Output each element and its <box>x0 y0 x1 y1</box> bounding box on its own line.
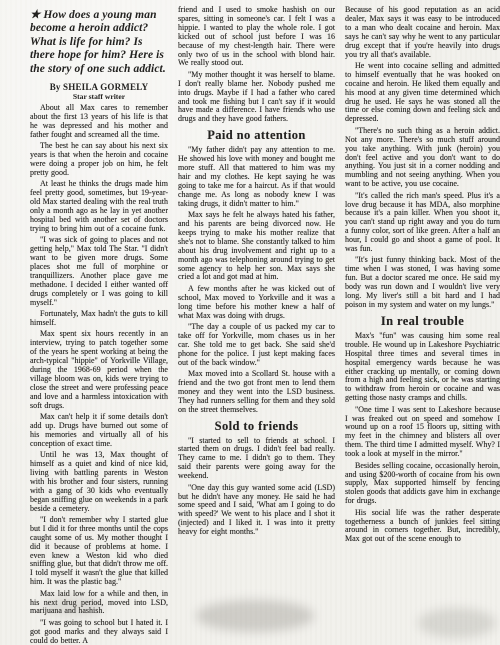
article-paragraph: "One day this guy wanted some acid (LSD)… <box>178 484 335 537</box>
byline: By SHEILA GORMELY <box>30 82 168 92</box>
article-paragraph: "I started to sell to friends at school.… <box>178 437 335 482</box>
article-paragraph: Max can't help it if some details don't … <box>30 413 168 449</box>
article-paragraph: He went into cocaine selling and admitte… <box>345 62 500 124</box>
article-paragraph: "The day a couple of us packed my car to… <box>178 323 335 368</box>
article-paragraph: The best he can say about his next six y… <box>30 142 168 178</box>
article-paragraph: Until he was 13, Max thought of himself … <box>30 451 168 513</box>
article-paragraph: "I was going to school but I hated it. I… <box>30 619 168 645</box>
article-intro: ★ How does a young man become a heroin a… <box>30 9 168 76</box>
article-paragraph: His social life was the rather desperate… <box>345 509 500 545</box>
article-paragraph: friend and I used to smoke hashish on ou… <box>178 6 335 68</box>
article-paragraph: About all Max cares to remember about th… <box>30 104 168 140</box>
article-paragraph: Max says he felt he always hated his fat… <box>178 211 335 282</box>
article-paragraph: Max moved into a Scollard St. house with… <box>178 370 335 415</box>
article-paragraph: "It's just funny thinking back. Most of … <box>345 256 500 309</box>
article-paragraph: "One time I was sent to Lakeshore becaus… <box>345 406 500 459</box>
article-paragraph: "It's called the rich man's speed. Plus … <box>345 192 500 254</box>
article-paragraph: "I was sick of going to places and not g… <box>30 236 168 307</box>
article-column-3: Because of his good reputation as an aci… <box>345 6 500 645</box>
article-paragraph: "I don't remember why I started glue but… <box>30 516 168 587</box>
article-column-2: friend and I used to smoke hashish on ou… <box>178 6 335 645</box>
article-paragraph: Max spent six hours recently in an inter… <box>30 330 168 410</box>
article-paragraph: At least he thinks the drugs made him fe… <box>30 180 168 233</box>
article-paragraph: Fortunately, Max hadn't the guts to kill… <box>30 310 168 328</box>
section-heading-paid-no-attention: Paid no attention <box>178 129 335 142</box>
article-paragraph: "My mother thought it was herself to bla… <box>178 71 335 124</box>
article-paragraph: Because of his good reputation as an aci… <box>345 6 500 59</box>
article-columns: ★ How does a young man become a heroin a… <box>0 0 500 645</box>
article-column-1: ★ How does a young man become a heroin a… <box>30 6 168 645</box>
section-heading-sold-to-friends: Sold to friends <box>178 420 335 433</box>
article-paragraph: "There's no such thing as a heroin addic… <box>345 127 500 189</box>
article-paragraph: "My father didn't pay any attention to m… <box>178 146 335 208</box>
byline-title: Star staff writer <box>30 92 168 101</box>
article-paragraph: A few months after he was kicked out of … <box>178 285 335 321</box>
section-heading-in-real-trouble: In real trouble <box>345 315 500 328</box>
article-paragraph: Max's "fun" was causing him some real tr… <box>345 332 500 403</box>
article-paragraph: Max laid low for a while and then, in hi… <box>30 590 168 617</box>
article-paragraph: Besides selling cocaine, occasionally he… <box>345 462 500 507</box>
newspaper-scan-page: ★ How does a young man become a heroin a… <box>0 0 500 645</box>
